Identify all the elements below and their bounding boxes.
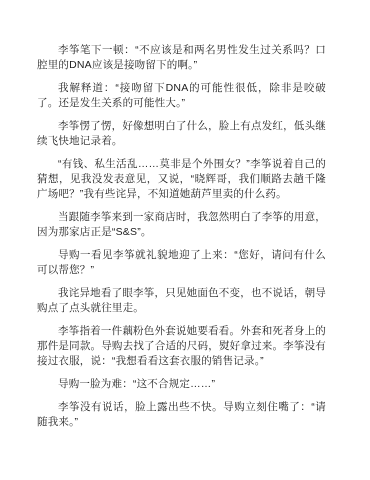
document-page: 李筝笔下一顿：“不应该是和两名男性发生过关系吗？口腔里的DNA应该是接吻留下的啊… <box>0 0 370 480</box>
paragraph: 李筝愣了愣，好像想明白了什么，脸上有点发红，低头继续飞快地记录着。 <box>37 119 326 149</box>
paragraph-list: 李筝笔下一顿：“不应该是和两名男性发生过关系吗？口腔里的DNA应该是接吻留下的啊… <box>37 43 326 430</box>
paragraph: 导购一脸为难：“这不合规定……” <box>37 377 326 392</box>
paragraph: 我解释道：“接吻留下DNA的可能性很低，除非是咬破了。还是发生关系的可能性大。” <box>37 81 326 111</box>
paragraph: “有钱、私生活乱……莫非是个外围女？”李筝说着自己的猜想，见我没发表意见，又说，… <box>37 157 326 202</box>
paragraph: 李筝指着一件藕粉色外套说她要看看。外套和死者身上的那件是同款。导购去找了合适的尺… <box>37 324 326 369</box>
paragraph: 当跟随李筝来到一家商店时，我忽然明白了李筝的用意，因为那家店正是“S&S”。 <box>37 210 326 240</box>
paragraph: 李筝没有说话，脸上露出些不快。导购立刻住嘴了：“请随我来。” <box>37 400 326 430</box>
paragraph: 李筝笔下一顿：“不应该是和两名男性发生过关系吗？口腔里的DNA应该是接吻留下的啊… <box>37 43 326 73</box>
paragraph: 我诧异地看了眼李筝，只见她面色不变，也不说话，朝导购点了点头就往里走。 <box>37 286 326 316</box>
paragraph: 导购一看见李筝就礼貌地迎了上来：“您好，请问有什么可以帮您？” <box>37 248 326 278</box>
